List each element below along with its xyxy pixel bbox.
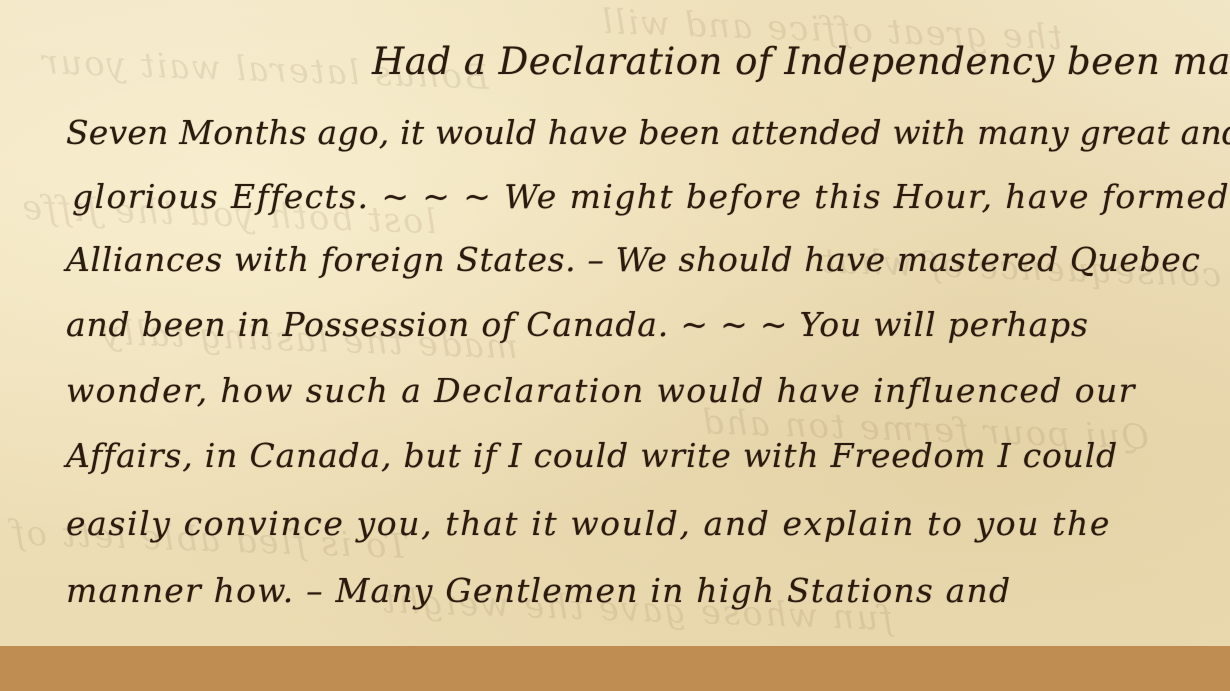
manuscript-line: Seven Months ago, it would have been att… — [66, 113, 1230, 152]
footer-band — [0, 646, 1230, 691]
manuscript-line: Affairs, in Canada, but if I could write… — [66, 436, 1118, 475]
manuscript-line: easily convince you, that it would, and … — [66, 504, 1111, 543]
manuscript-line: Alliances with foreign States. – We shou… — [66, 240, 1200, 279]
manuscript-line: wonder, how such a Declaration would hav… — [66, 371, 1136, 410]
manuscript-line: glorious Effects. ~ ~ ~ We might before … — [72, 177, 1230, 216]
manuscript-line: and been in Possession of Canada. ~ ~ ~ … — [66, 305, 1089, 344]
manuscript-line: Had a Declaration of Independency been m… — [372, 40, 1230, 83]
manuscript-page: Bonus lateral wait your the great office… — [0, 0, 1230, 646]
manuscript-line: manner how. – Many Gentlemen in high Sta… — [66, 571, 1011, 610]
